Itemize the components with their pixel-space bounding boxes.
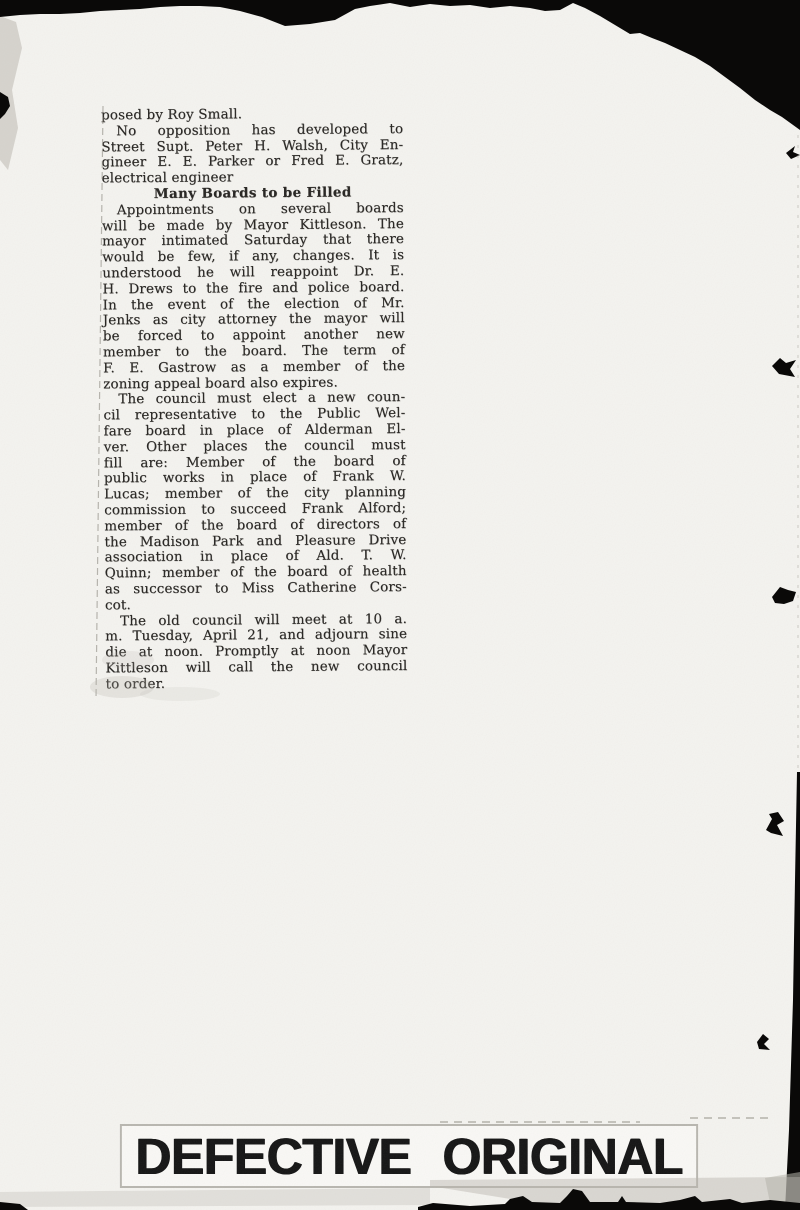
- torn-edge-right: [785, 772, 800, 1210]
- article-line: as successor to Miss Catherine Cors-: [105, 580, 407, 598]
- defective-original-stamp: DEFECTIVE ORIGINAL: [120, 1124, 698, 1188]
- article-line: gineer E. E. Parker or Fred E. Gratz,: [101, 153, 403, 171]
- scan-streak: [440, 1118, 770, 1122]
- article-line: H. Drews to the fire and police board.: [102, 280, 404, 298]
- ink-blot: [772, 358, 796, 377]
- ink-blot: [0, 92, 10, 119]
- edge-mottle: [0, 16, 22, 170]
- stamp-text: DEFECTIVE ORIGINAL: [135, 1127, 683, 1186]
- article-line: ver. Other places the council must: [104, 438, 406, 456]
- torn-edge-bottom-left: [0, 1202, 28, 1210]
- edge-mottle: [0, 1188, 430, 1207]
- scanned-newspaper-page: posed by Roy Small.No opposition has dev…: [0, 0, 800, 1210]
- ink-blot: [772, 587, 796, 604]
- article-line: No opposition has developed to: [101, 122, 403, 140]
- ink-blot: [766, 812, 784, 836]
- ink-blot: [757, 1034, 770, 1050]
- edge-mottle: [765, 1172, 800, 1205]
- torn-edge-bottom: [418, 1189, 800, 1210]
- article-line: F. E. Gastrow as a member of the: [103, 359, 405, 377]
- article-lines: posed by Roy Small.No opposition has dev…: [101, 106, 408, 693]
- ink-blot: [786, 146, 800, 159]
- article-line: Appointments on several boards: [102, 201, 404, 219]
- article-line: to order.: [105, 675, 407, 693]
- news-article-column: posed by Roy Small.No opposition has dev…: [101, 106, 408, 693]
- article-line: member of the board of directors of: [104, 517, 406, 535]
- article-line: Kittleson will call the new council: [105, 659, 407, 677]
